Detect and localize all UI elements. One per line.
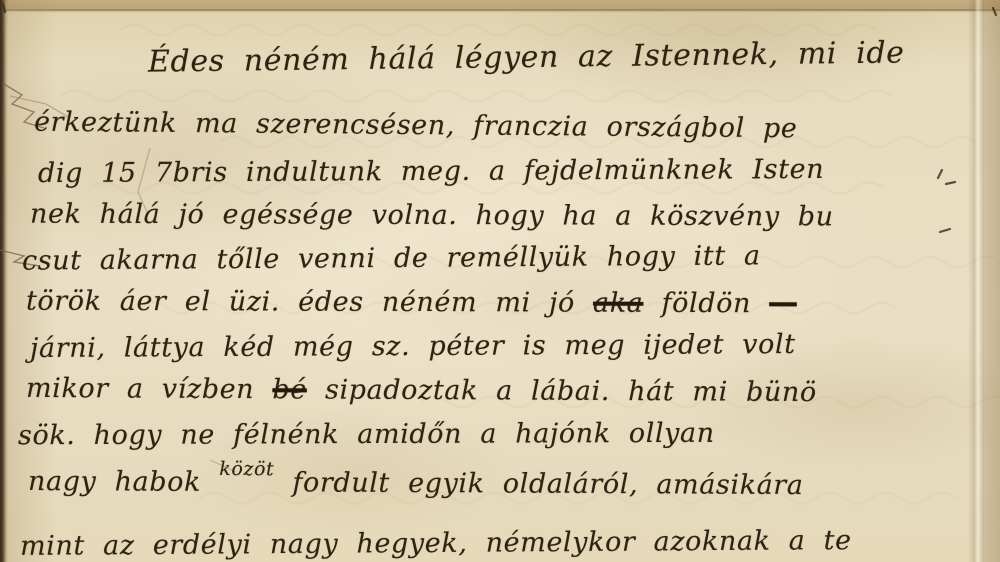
- manuscript-line: járni, láttya kéd még sz. péter is meg i…: [30, 329, 796, 364]
- handwriting-text: nagy habok: [28, 466, 219, 498]
- manuscript-line: török áer el üzi. édes néném mi jó aka f…: [26, 286, 797, 320]
- manuscript-line: érkeztünk ma szerencsésen, franczia orsz…: [34, 107, 798, 145]
- manuscript-line: nagy habok közöt fordult egyik oldaláról…: [28, 466, 804, 501]
- handwriting-text: dig 15 7bris indultunk meg. a fejdelmünk…: [38, 154, 824, 189]
- handwriting-text: mikor a vízben: [26, 373, 273, 405]
- handwriting-text: mint az erdélyi nagy hegyek, némelykor a…: [20, 525, 852, 562]
- handwriting-text: nek hálá jó egéssége volna. hogy ha a kö…: [30, 199, 834, 233]
- manuscript-line: nek hálá jó egéssége volna. hogy ha a kö…: [30, 199, 834, 233]
- interlinear-insertion: közöt: [219, 458, 274, 480]
- manuscript-line: csut akarna tőlle venni de reméllyük hog…: [22, 240, 761, 276]
- handwriting-text: fordult egyik oldaláról, amásikára: [274, 467, 803, 501]
- struck-out-word: —: [769, 288, 797, 319]
- manuscript-lines: Édes néném hálá légyen az Istennek, mi i…: [0, 0, 1000, 562]
- handwriting-text: földön: [643, 288, 769, 319]
- handwriting-text: csut akarna tőlle venni de reméllyük hog…: [22, 240, 761, 276]
- handwriting-text: érkeztünk ma szerencsésen, franczia orsz…: [34, 107, 798, 145]
- handwriting-text: járni, láttya kéd még sz. péter is meg i…: [30, 329, 796, 364]
- handwriting-text: sök. hogy ne félnénk amidőn a hajónk oll…: [18, 418, 715, 451]
- struck-out-word: bé: [272, 374, 307, 405]
- manuscript-line: Édes néném hálá légyen az Istennek, mi i…: [148, 35, 905, 79]
- manuscript-photo: Édes néném hálá légyen az Istennek, mi i…: [0, 0, 1000, 562]
- handwriting-text: Édes néném hálá légyen az Istennek, mi i…: [148, 35, 905, 79]
- handwriting-text: török áer el üzi. édes néném mi jó: [26, 286, 593, 319]
- manuscript-line: mint az erdélyi nagy hegyek, némelykor a…: [20, 525, 852, 562]
- handwriting-text: sipadoztak a lábai. hát mi bünö: [307, 374, 817, 408]
- manuscript-line: sök. hogy ne félnénk amidőn a hajónk oll…: [18, 418, 715, 451]
- manuscript-line: mikor a vízben bé sipadoztak a lábai. há…: [26, 373, 817, 408]
- manuscript-line: dig 15 7bris indultunk meg. a fejdelmünk…: [38, 154, 824, 189]
- struck-out-word: aka: [593, 288, 643, 319]
